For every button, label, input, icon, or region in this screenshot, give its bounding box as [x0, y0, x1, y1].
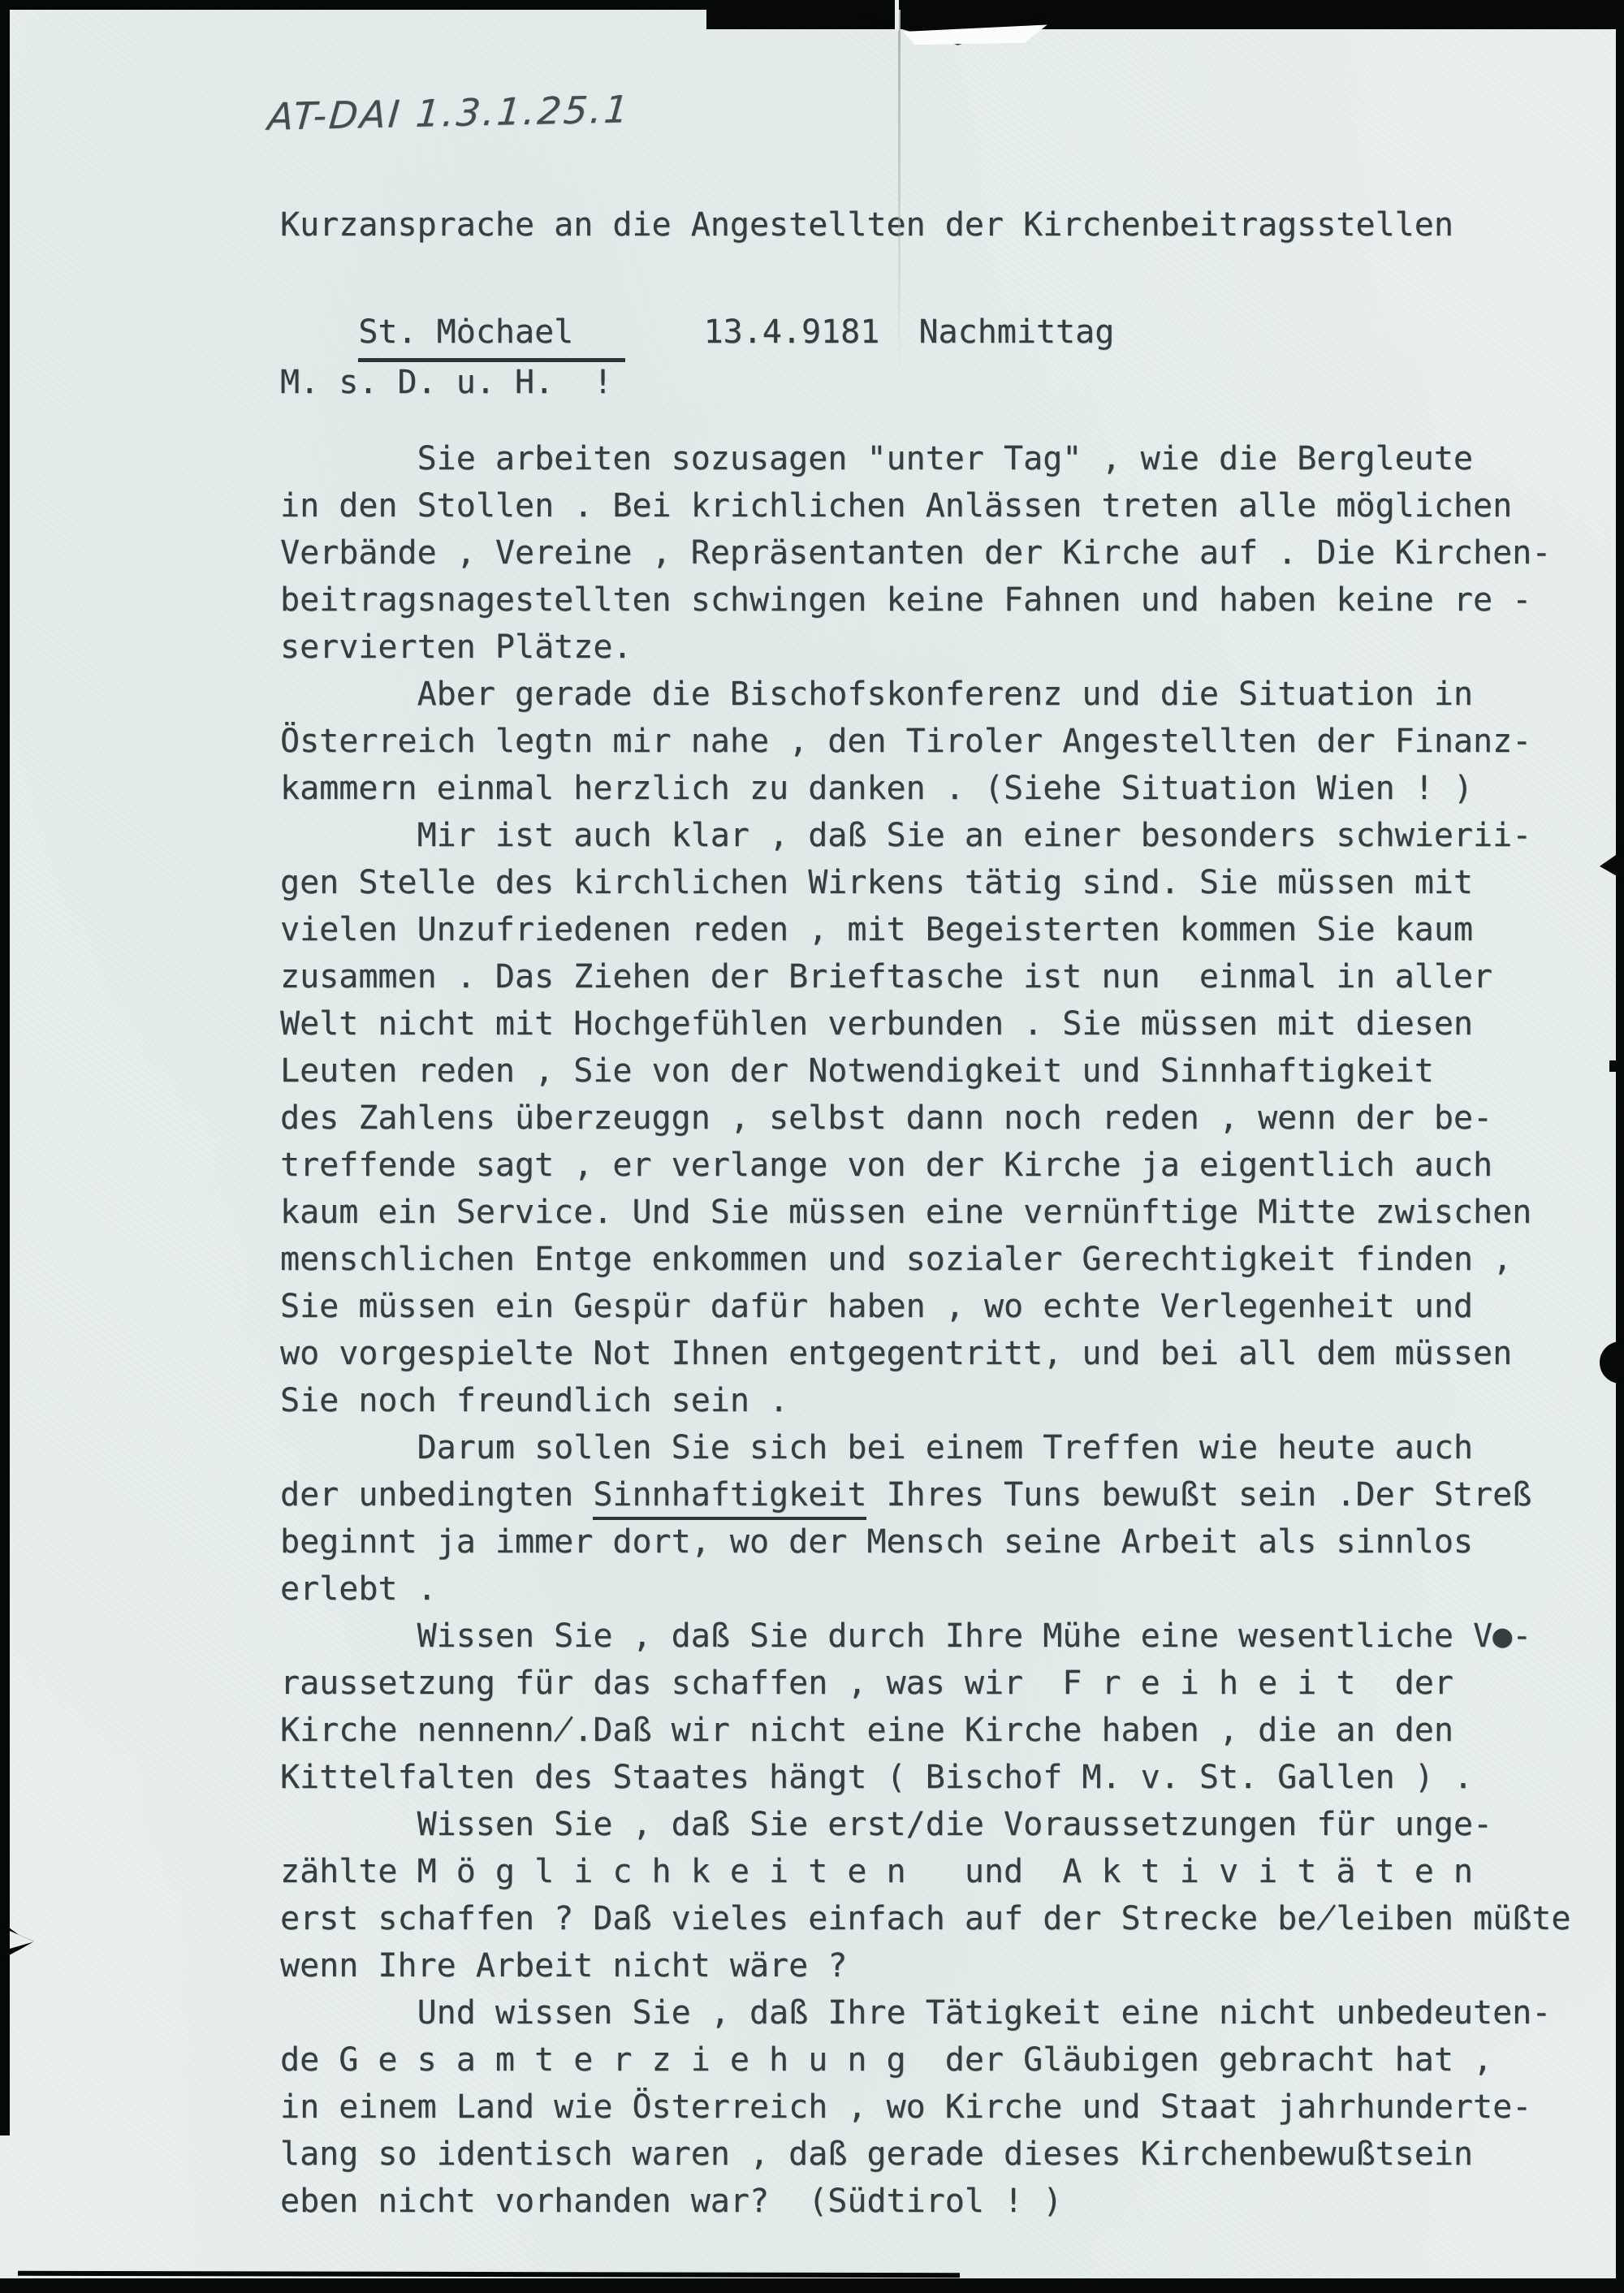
body-line: Sie arbeiten sozusagen "unter Tag" , wie… [280, 435, 1570, 482]
scan-border-right [1616, 0, 1624, 2293]
body-line: Wissen Sie , daß Sie erst/die Voraussetz… [280, 1801, 1570, 1848]
scan-border-top-right [706, 0, 1624, 29]
body-line: Österreich legtn mir nahe , den Tiroler … [280, 718, 1570, 765]
body-line: Verbände , Vereine , Repräsentanten der … [280, 529, 1570, 576]
body-line: des Zahlens überzeuggn , selbst dann noc… [280, 1095, 1570, 1142]
body-line: Darum sollen Sie sich bei einem Treffen … [280, 1424, 1570, 1471]
body-line: Kirche nennenn̸.Daß wir nicht eine Kirch… [280, 1707, 1570, 1754]
scan-border-left [0, 0, 10, 2135]
body-line: servierten Plätze. [280, 624, 1570, 671]
body-line: raussetzung für das schaffen , was wir F… [280, 1660, 1570, 1707]
body-line: Und wissen Sie , daß Ihre Tätigkeit eine… [280, 1989, 1570, 2036]
body-line: zählte M ö g l i c h k e i t e n und A k… [280, 1848, 1570, 1895]
archive-reference-handwritten: AT-DAI 1.3.1.25.1 [266, 87, 633, 138]
scan-border-bottom [0, 2278, 1624, 2293]
body-line: Leuten reden , Sie von der Notwendigkeit… [280, 1047, 1570, 1095]
document-title: Kurzansprache an die Angestellten der Ki… [280, 201, 1453, 248]
body-line: Sie noch freundlich sein . [280, 1377, 1570, 1424]
body-line: wo vorgespielte Not Ihnen entgegentritt,… [280, 1330, 1570, 1377]
body-line: Wissen Sie , daß Sie durch Ihre Mühe ein… [280, 1613, 1570, 1660]
right-edge-notch [1600, 849, 1624, 880]
body-line: Welt nicht mit Hochgefühlen verbunden . … [280, 1000, 1570, 1047]
body-line: menschlichen Entge enkommen und sozialer… [280, 1236, 1570, 1283]
body-line: Kittelfalten des Staates hängt ( Bischof… [280, 1754, 1570, 1801]
salutation-line: M. s. D. u. H. ! [280, 359, 612, 406]
paper-bottom-edge-line [18, 2271, 960, 2278]
body-line: eben nicht vorhanden war? (Südtirol ! ) [280, 2178, 1570, 2225]
body-line: kammern einmal herzlich zu danken . (Sie… [280, 765, 1570, 812]
paper-crease-line [898, 10, 901, 375]
body-line: gen Stelle des kirchlichen Wirkens tätig… [280, 859, 1570, 906]
body-line: beitragsnagestellten schwingen keine Fah… [280, 576, 1570, 624]
body-line: vielen Unzufriedenen reden , mit Begeist… [280, 906, 1570, 953]
body-line: in einem Land wie Österreich , wo Kirche… [280, 2084, 1570, 2131]
body-line: treffende sagt , er verlange von der Kir… [280, 1142, 1570, 1189]
body-line: Sie müssen ein Gespür dafür haben , wo e… [280, 1283, 1570, 1330]
paper-crease-gap [895, 0, 899, 31]
scanned-document-page: AT-DAI 1.3.1.25.1 Kurzansprache an die A… [0, 0, 1624, 2293]
body-line: zusammen . Das Ziehen der Brieftasche is… [280, 953, 1570, 1000]
body-text: Sie arbeiten sozusagen "unter Tag" , wie… [280, 435, 1570, 2225]
body-line: der unbedingten Sinnhaftigkeit Ihres Tun… [280, 1471, 1570, 1518]
body-line: beginnt ja immer dort, wo der Mensch sei… [280, 1518, 1570, 1565]
body-line: erst schaffen ? Daß vieles einfach auf d… [280, 1895, 1570, 1942]
body-line: erlebt . [280, 1565, 1570, 1613]
body-line: kaum ein Service. Und Sie müssen eine ve… [280, 1189, 1570, 1236]
body-line: Aber gerade die Bischofskonferenz und di… [280, 671, 1570, 718]
body-line: wenn Ihre Arbeit nicht wäre ? [280, 1942, 1570, 1989]
body-line: in den Stollen . Bei krichlichen Anlässe… [280, 482, 1570, 529]
right-edge-mark [1609, 1060, 1624, 1072]
body-line: de G e s a m t e r z i e h u n g der Glä… [280, 2036, 1570, 2084]
body-line: lang so identisch waren , daß gerade die… [280, 2131, 1570, 2178]
right-edge-punch-hole [1600, 1341, 1624, 1384]
underlined-word: Sinnhaftigkeit [593, 1476, 866, 1520]
body-line: Mir ist auch klar , daß Sie an einer bes… [280, 812, 1570, 859]
subtitle-place-underlined: St. Mȯchael [358, 309, 625, 362]
subtitle-date-time: 13.4.9181 Nachmittag [625, 313, 1114, 351]
